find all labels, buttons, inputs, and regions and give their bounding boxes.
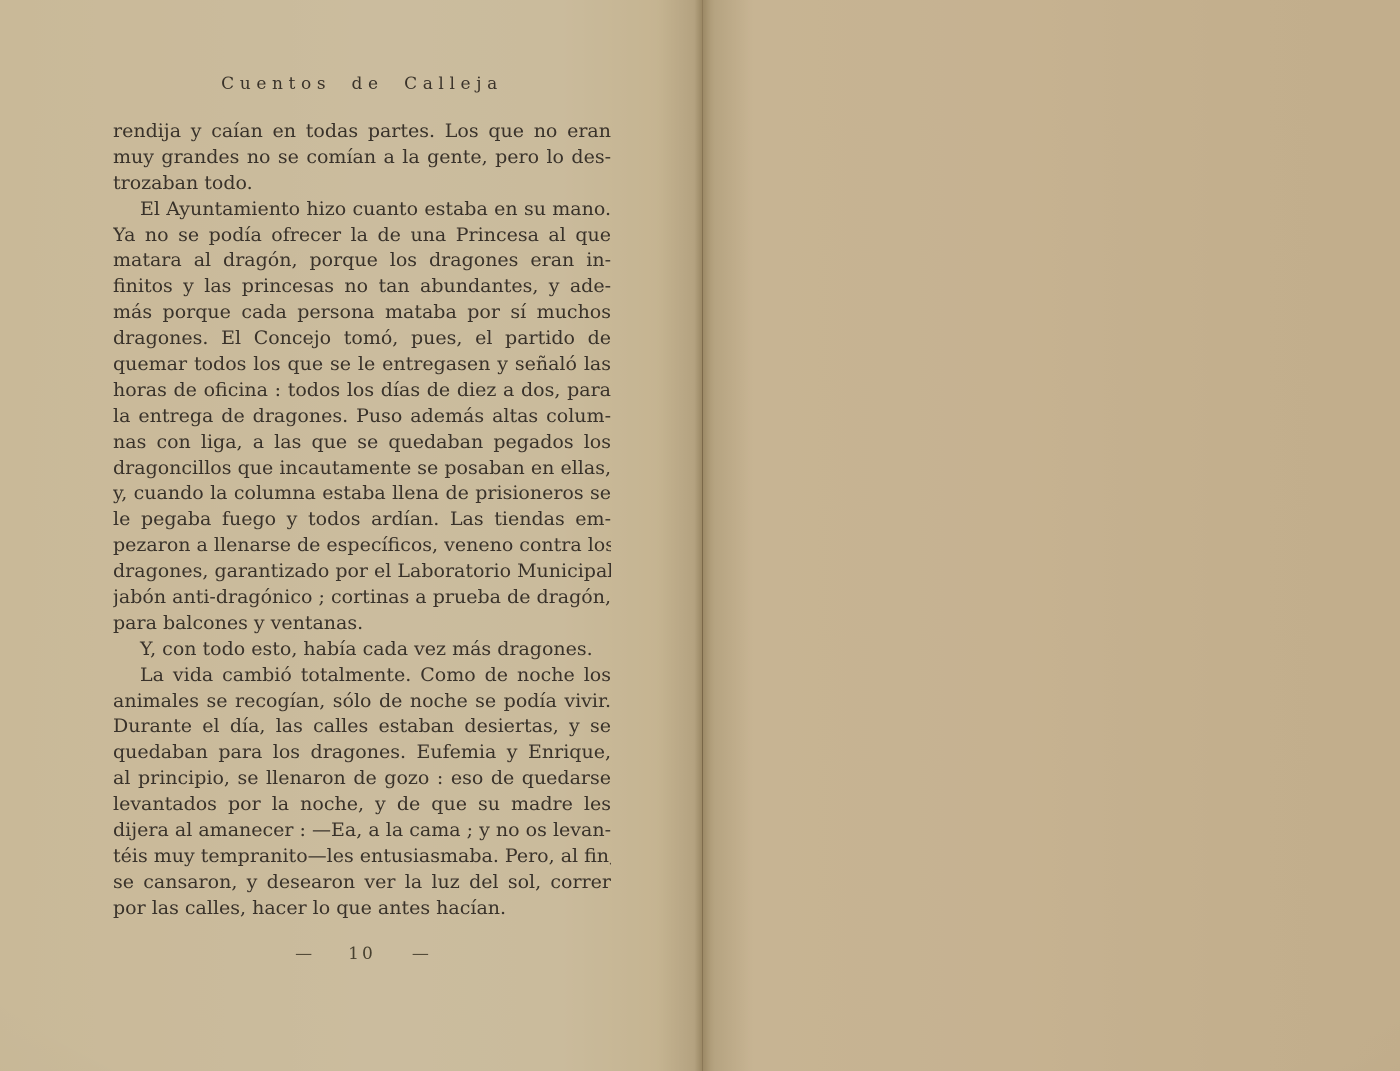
text-line: Y, con todo esto, había cada vez más dra… xyxy=(113,637,611,663)
text-line: dijera al amanecer : —Ea, a la cama ; y … xyxy=(113,818,611,844)
text-line: le pegaba fuego y todos ardían. Las tien… xyxy=(113,507,611,533)
text-line: muy grandes no se comían a la gente, per… xyxy=(113,145,611,171)
text-line: finitos y las princesas no tan abundante… xyxy=(113,274,611,300)
left-page-folio: — 10 — xyxy=(113,944,611,964)
left-page: Cuentos de Calleja rendija y caían en to… xyxy=(0,0,701,1071)
text-line: téis muy tempranito—les entusiasmaba. Pe… xyxy=(113,844,611,870)
text-line: pezaron a llenarse de específicos, venen… xyxy=(113,533,611,559)
text-line: quemar todos los que se le entregasen y … xyxy=(113,352,611,378)
text-line: la entrega de dragones. Puso además alta… xyxy=(113,404,611,430)
text-line: y, cuando la columna estaba llena de pri… xyxy=(113,481,611,507)
text-line: nas con liga, a las que se quedaban pega… xyxy=(113,430,611,456)
text-line: quedaban para los dragones. Eufemia y En… xyxy=(113,740,611,766)
text-line: más porque cada persona mataba por sí mu… xyxy=(113,300,611,326)
folio-dash: — xyxy=(295,944,312,964)
text-line: dragones. El Concejo tomó, pues, el part… xyxy=(113,326,611,352)
text-line: horas de oficina : todos los días de die… xyxy=(113,378,611,404)
text-line: por las calles, hacer lo que antes hacía… xyxy=(113,896,611,922)
folio-dash: — xyxy=(412,944,429,964)
book-spread: Cuentos de Calleja rendija y caían en to… xyxy=(0,0,1400,1071)
text-line: dragoncillos que incautamente se posaban… xyxy=(113,456,611,482)
page-number: 10 xyxy=(348,944,376,964)
text-line: matara al dragón, porque los dragones er… xyxy=(113,248,611,274)
text-line: dragones, garantizado por el Laboratorio… xyxy=(113,559,611,585)
text-line: trozaban todo. xyxy=(113,171,611,197)
text-line: rendija y caían en todas partes. Los que… xyxy=(113,119,611,145)
text-line: levantados por la noche, y de que su mad… xyxy=(113,792,611,818)
text-line: jabón anti-dragónico ; cortinas a prueba… xyxy=(113,585,611,611)
running-head-left: Cuentos de Calleja xyxy=(113,74,611,94)
text-line: La vida cambió totalmente. Como de noche… xyxy=(113,663,611,689)
text-line: El Ayuntamiento hizo cuanto estaba en su… xyxy=(113,197,611,223)
text-line: Ya no se podía ofrecer la de una Princes… xyxy=(113,223,611,249)
right-page: Calleja‘s Stories any crack and they fel… xyxy=(701,0,1400,1071)
text-line: Durante el día, las calles estaban desie… xyxy=(113,714,611,740)
text-line: se cansaron, y desearon ver la luz del s… xyxy=(113,870,611,896)
left-page-text: rendija y caían en todas partes. Los que… xyxy=(113,119,611,922)
text-line: al principio, se llenaron de gozo : eso … xyxy=(113,766,611,792)
text-line: animales se recogían, sólo de noche se p… xyxy=(113,689,611,715)
text-line: para balcones y ventanas. xyxy=(113,611,611,637)
